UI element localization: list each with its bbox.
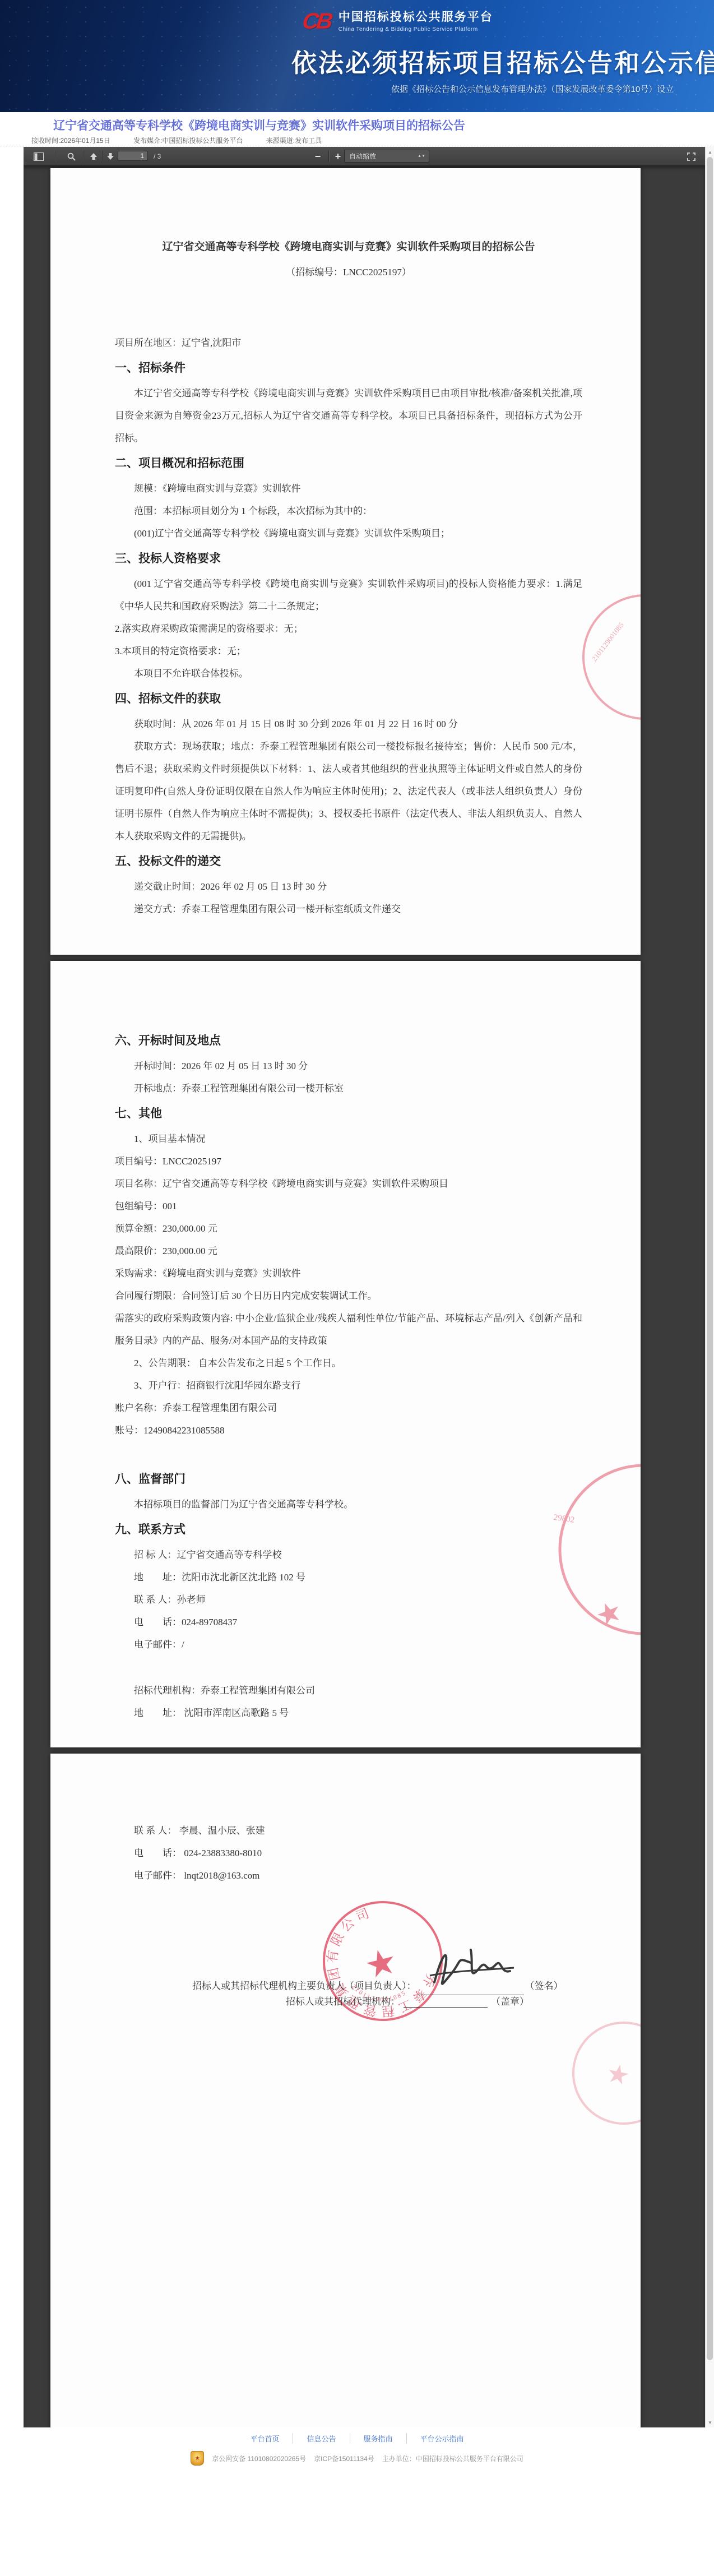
fullscreen-icon	[687, 152, 696, 161]
zoom-out-button[interactable]: −	[310, 150, 325, 163]
notice-header: 辽宁省交通高等专科学校《跨境电商实训与竞赛》实训软件采购项目的招标公告 接收时间…	[0, 112, 714, 147]
doc-line: 账户名称：乔泰工程管理集团有限公司	[115, 1397, 582, 1419]
page-number-input[interactable]	[118, 151, 148, 161]
icp-number: 京ICP备15011134号	[314, 2454, 374, 2463]
doc-line: 采购需求：《跨境电商实训与竞赛》实训软件	[115, 1262, 582, 1285]
doc-line: 1、项目基本情况	[115, 1128, 582, 1150]
footer-info: ★ 京公网安备 11010802020265号 京ICP备15011134号 主…	[0, 2446, 714, 2471]
doc-line: 2、公告期限： 自本公告发布之日起 5 个工作日。	[115, 1352, 582, 1375]
toolbar-separator	[55, 151, 56, 162]
pdf-toolbar: / 3 − + 自动缩放 ▲▼	[24, 147, 705, 166]
doc-line: 七、其他	[115, 1100, 582, 1128]
doc-line: 地 址：沈阳市沈北新区沈北路 102 号	[115, 1566, 582, 1589]
doc-line: 三、投标人资格要求	[115, 545, 582, 573]
doc-line: 辽宁省交通高等专科学校《跨境电商实训与竞赛》实训软件采购项目的招标公告	[115, 234, 582, 260]
footer-link-announcements[interactable]: 信息公告	[293, 2433, 349, 2444]
site-header: CB 中国招标投标公共服务平台 China Tendering & Biddin…	[0, 0, 714, 112]
doc-line	[115, 285, 582, 308]
doc-line: 本招标项目的监督部门为辽宁省交通高等专科学校。	[115, 1493, 582, 1516]
zoom-select-value: 自动缩放	[345, 151, 418, 161]
banner-subtitle: 依据《招标公告和公示信息发布管理办法》（国家发展改革委令第10号）设立	[391, 83, 674, 95]
search-icon	[67, 152, 76, 161]
signature-suffix: （签名）	[525, 1978, 563, 1992]
doc-line: 项目名称：辽宁省交通高等专科学校《跨境电商实训与竞赛》实训软件采购项目	[115, 1173, 582, 1195]
doc-line: 预算金额：230,000.00 元	[115, 1218, 582, 1240]
pdf-viewport[interactable]: 辽宁省交通高等专科学校《跨境电商实训与竞赛》实训软件采购项目的招标公告（招标编号…	[24, 166, 705, 2427]
doc-line: 联 系 人： 李晨、温小辰、张建	[115, 1820, 582, 1842]
doc-line: 获取方式：现场获取；地点：乔泰工程管理集团有限公司一楼投标报名接待室；售价：人民…	[115, 736, 582, 848]
seal-line: 招标人或其招标代理机构：（盖章）	[286, 1994, 529, 2008]
doc-line: 九、联系方式	[115, 1516, 582, 1544]
doc-line: 3、开户行：招商银行沈阳华园东路支行	[115, 1375, 582, 1397]
doc-line: 递交截止时间：2026 年 02 月 05 日 13 时 30 分	[115, 876, 582, 898]
doc-line: 电子邮件： lnqt2018@163.com	[115, 1865, 582, 1887]
platform-name: 中国招标投标公共服务平台	[339, 10, 493, 25]
signature-line: 招标人或其招标代理机构主要负责人（项目负责人）： （签名）	[192, 1943, 563, 1992]
sidebar-toggle-icon	[34, 152, 44, 161]
banner-title: 依法必须招标项目招标公告和公示信息发布专栏	[291, 43, 714, 79]
zoom-select[interactable]: 自动缩放 ▲▼	[344, 150, 429, 163]
doc-line: 账号：12490842231085588	[115, 1419, 582, 1442]
doc-line: 四、招标文件的获取	[115, 685, 582, 713]
meta-source-channel: 来源渠道:发布工具	[266, 137, 322, 145]
platform-logo-icon: CB	[301, 9, 332, 34]
doc-line: 2.落实政府采购政策需满足的资格要求：无；	[115, 618, 582, 640]
meta-publish-medium: 发布媒介:中国招标投标公共服务平台	[133, 137, 243, 145]
previous-page-button[interactable]	[86, 150, 101, 163]
pdf-page-1: 辽宁省交通高等专科学校《跨境电商实训与竞赛》实训软件采购项目的招标公告（招标编号…	[50, 168, 641, 955]
signature-label: 招标人或其招标代理机构主要负责人（项目负责人）：	[192, 1978, 416, 1992]
doc-line	[115, 1656, 582, 1680]
doc-line: 电子邮件：/	[115, 1634, 582, 1656]
handwritten-signature	[418, 1943, 524, 1995]
doc-line: 本项目不允许联合体投标。	[115, 663, 582, 685]
svg-text:★: ★	[604, 2058, 632, 2091]
doc-line: 电 话： 024-23883380-8010	[115, 1842, 582, 1865]
toolbar-separator	[328, 151, 330, 162]
signature-stroke	[418, 1943, 524, 1995]
scrollbar-thumb[interactable]	[707, 157, 713, 2360]
page-count-label: / 3	[154, 152, 161, 160]
seal-label: 招标人或其招标代理机构：	[286, 1996, 400, 2007]
site-footer: 平台首页 信息公告 服务指南 平台公示指南 ★ 京公网安备 1101080202…	[0, 2427, 714, 2471]
footer-link-service-guide[interactable]: 服务指南	[350, 2433, 406, 2444]
police-badge-icon: ★	[191, 2451, 204, 2466]
pdf-page-2: 六、开标时间及地点开标时间：2026 年 02 月 05 日 13 时 30 分…	[50, 961, 641, 1747]
doc-line: 包组编号：001	[115, 1195, 582, 1218]
doc-line: 五、投标文件的递交	[115, 848, 582, 876]
doc-line: 需落实的政府采购政策内容: 中小企业/监狱企业/残疾人福利性单位/节能产品、环境…	[115, 1307, 582, 1352]
scroll-down-icon[interactable]: ▼	[706, 2418, 714, 2427]
platform-name-en: China Tendering & Bidding Public Service…	[339, 26, 493, 33]
doc-line: 二、项目概况和招标范围	[115, 450, 582, 478]
doc-line: 六、开标时间及地点	[115, 1027, 582, 1055]
doc-line: 递交方式：乔泰工程管理集团有限公司一楼开标室纸质文件递交	[115, 898, 582, 921]
host-organization: 主办单位：中国招标投标公共服务平台有限公司	[382, 2454, 523, 2463]
find-button[interactable]	[64, 150, 78, 163]
toolbar-separator	[83, 151, 84, 162]
meta-received-time: 接收时间:2026年01月15日	[31, 137, 110, 145]
doc-line: 范围：本招标项目划分为 1 个标段，本次招标为其中的：	[115, 500, 582, 522]
presentation-mode-button[interactable]	[684, 150, 698, 163]
doc-line: 项目所在地区：辽宁省,沈阳市	[115, 332, 582, 354]
seal-suffix: （盖章）	[491, 1996, 529, 2007]
pdf-viewer: / 3 − + 自动缩放 ▲▼ 辽宁省交通高等专科学校《跨境电商实训与竞赛》实训…	[24, 147, 714, 2427]
page2-content: 六、开标时间及地点开标时间：2026 年 02 月 05 日 13 时 30 分…	[50, 961, 641, 1724]
notice-title: 辽宁省交通高等专科学校《跨境电商实训与竞赛》实训软件采购项目的招标公告	[53, 117, 465, 133]
doc-line: 开标地点：乔泰工程管理集团有限公司一楼开标室	[115, 1077, 582, 1100]
doc-line	[115, 308, 582, 332]
doc-line: 八、监督部门	[115, 1465, 582, 1493]
blank-underline	[404, 1997, 488, 2008]
doc-line: 电 话：024-89708437	[115, 1611, 582, 1634]
doc-line: （招标编号：LNCC2025197）	[115, 260, 582, 285]
next-page-button[interactable]	[103, 150, 118, 163]
footer-link-publicity-guide[interactable]: 平台公示指南	[406, 2433, 477, 2444]
doc-line: 项目编号：LNCC2025197	[115, 1150, 582, 1173]
page3-content: 联 系 人： 李晨、温小辰、张建电 话： 024-23883380-8010电子…	[50, 1754, 641, 1887]
doc-line: 开标时间：2026 年 02 月 05 日 13 时 30 分	[115, 1055, 582, 1077]
page: CB 中国招标投标公共服务平台 China Tendering & Biddin…	[0, 0, 714, 2576]
notice-meta: 接收时间:2026年01月15日 发布媒介:中国招标投标公共服务平台 来源渠道:…	[31, 136, 343, 145]
company-stamp-faint: ★	[557, 2006, 641, 2139]
beian-number: 京公网安备 11010802020265号	[212, 2454, 306, 2463]
footer-links: 平台首页 信息公告 服务指南 平台公示指南	[0, 2427, 714, 2446]
footer-link-home[interactable]: 平台首页	[237, 2433, 293, 2444]
doc-line: 最高限价：230,000.00 元	[115, 1240, 582, 1262]
doc-line: 本辽宁省交通高等专科学校《跨境电商实训与竞赛》实训软件采购项目已由项目审批/核准…	[115, 382, 582, 450]
doc-line: 地 址： 沈阳市浑南区高歌路 5 号	[115, 1702, 582, 1724]
page1-content: 辽宁省交通高等专科学校《跨境电商实训与竞赛》实训软件采购项目的招标公告（招标编号…	[50, 168, 641, 921]
doc-line: (001)辽宁省交通高等专科学校《跨境电商实训与竞赛》实训软件采购项目；	[115, 522, 582, 545]
doc-line	[115, 1442, 582, 1465]
pdf-page-3: 联 系 人： 李晨、温小辰、张建电 话： 024-23883380-8010电子…	[50, 1754, 641, 2427]
doc-line: (001 辽宁省交通高等专科学校《跨境电商实训与竞赛》实训软件采购项目)的投标人…	[115, 573, 582, 618]
arrow-down-icon	[106, 152, 114, 160]
doc-line: 合同履行期限：合同签订后 30 个日历日内完成安装调试工作。	[115, 1285, 582, 1307]
doc-line: 联 系 人：孙老师	[115, 1589, 582, 1611]
doc-line: 3.本项目的特定资格要求：无；	[115, 640, 582, 663]
doc-line: 一、招标条件	[115, 354, 582, 382]
arrow-up-icon	[90, 152, 98, 160]
doc-line: 招标代理机构：乔泰工程管理集团有限公司	[115, 1680, 582, 1702]
viewer-scrollbar[interactable]: ▲ ▼	[705, 147, 714, 2427]
divider	[0, 146, 714, 146]
chevron-updown-icon: ▲▼	[418, 154, 429, 158]
sidebar-toggle-button[interactable]	[31, 150, 46, 163]
doc-line: 获取时间：从 2026 年 01 月 15 日 08 时 30 分到 2026 …	[115, 713, 582, 736]
zoom-in-button[interactable]: +	[331, 150, 345, 163]
scroll-up-icon[interactable]: ▲	[706, 147, 714, 156]
doc-line: 规模：《跨境电商实训与竞赛》实训软件	[115, 478, 582, 500]
doc-line: 招 标 人：辽宁省交通高等专科学校	[115, 1544, 582, 1566]
platform-logo: CB 中国招标投标公共服务平台 China Tendering & Biddin…	[303, 9, 493, 34]
